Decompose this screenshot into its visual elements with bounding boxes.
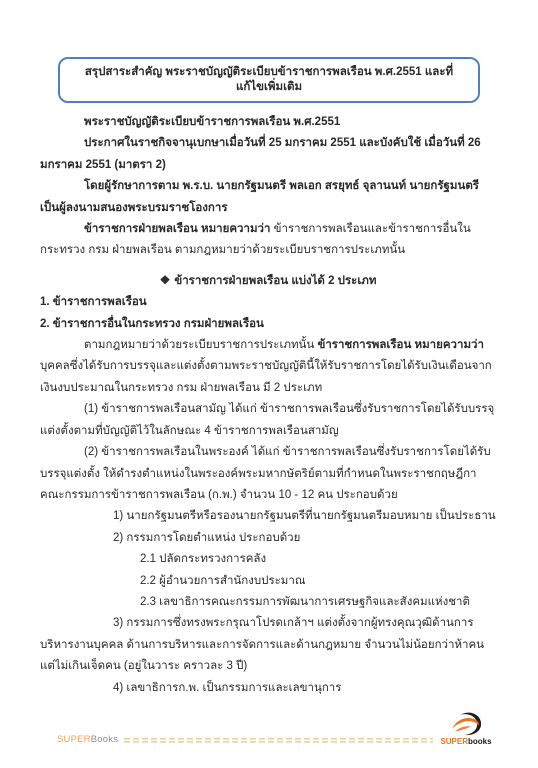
page-title: สรุปสาระสำคัญ พระราชบัญญัติระเบียบข้าราช… <box>80 65 458 95</box>
title-box: สรุปสาระสำคัญ พระราชบัญญัติระเบียบข้าราช… <box>58 57 480 103</box>
swoosh-logo-icon <box>450 711 482 736</box>
list-item-budget-director: 2.2 ผู้อำนวยการสำนักงบประมาณ <box>140 571 496 592</box>
list-item-nesdb-secretary: 2.3 เลขาธิการคณะกรรมการพัฒนาการเศรษฐกิจแ… <box>140 592 496 613</box>
footer-logo-text: SUPERbooks <box>440 737 491 746</box>
paragraph-definition-civil-servant: ตามกฎหมายว่าด้วยระเบียบราชการประเภทนั้น … <box>40 335 496 399</box>
footer-brand-left: SUPERBooks <box>57 734 118 746</box>
list-item-type-2: 2. ข้าราชการอื่นในกระทรวง กรมฝ่ายพลเรือน <box>40 314 496 335</box>
definition-lead: ตามกฎหมายว่าด้วยระเบียบราชการประเภทนั้น <box>84 339 317 351</box>
diamond-bullet-icon: ❖ <box>160 273 171 287</box>
definition-text: บุคคลซึ่งได้รับการบรรจุและแต่งตั้งตามพระ… <box>40 360 492 393</box>
page-footer: SUPERBooks SUPERbooks <box>57 711 494 746</box>
footer-brand-left-books: Books <box>91 734 118 745</box>
paragraph-signatory: โดยผู้รักษาการตาม พ.ร.บ. นายกรัฐมนตรี พล… <box>40 176 496 219</box>
footer-logo-super: SUPER <box>440 737 468 746</box>
list-item-appointed-members: 3) กรรมการซึ่งทรงพระกรุณาโปรดเกล้าฯ แต่ง… <box>40 613 496 677</box>
paragraph-act-name: พระราชบัญญัติระเบียบข้าราชการพลเรือน พ.ศ… <box>40 112 496 133</box>
paragraph-definition-civil-branch: ข้าราชการฝ่ายพลเรือน หมายความว่า ข้าราชก… <box>40 219 496 262</box>
document-body: พระราชบัญญัติระเบียบข้าราชการพลเรือน พ.ศ… <box>40 112 496 699</box>
section-heading-text: ข้าราชการฝ่ายพลเรือน แบ่งได้ 2 ประเภท <box>174 275 376 287</box>
definition-term: ข้าราชการฝ่ายพลเรือน หมายความว่า <box>84 223 270 235</box>
footer-brand-left-super: SUPER <box>57 734 91 745</box>
footer-divider <box>124 738 433 743</box>
paragraph-category-1: (1) ข้าราชการพลเรือนสามัญ ได้แก่ ข้าราชก… <box>40 399 496 442</box>
list-item-chairman: 1) นายกรัฐมนตรีหรือรองนายกรัฐมนตรีที่นาย… <box>113 506 496 527</box>
footer-logo: SUPERbooks <box>438 711 494 746</box>
list-item-permanent-secretary: 2.1 ปลัดกระทรวงการคลัง <box>140 549 496 570</box>
paragraph-category-2: (2) ข้าราชการพลเรือนในพระองค์ ได้แก่ ข้า… <box>40 442 496 506</box>
document-page: สรุปสาระสำคัญ พระราชบัญญัติระเบียบข้าราช… <box>0 0 538 768</box>
list-item-type-1: 1. ข้าราชการพลเรือน <box>40 292 496 313</box>
paragraph-publication-date: ประกาศในราชกิจจานุเบกษาเมื่อวันที่ 25 มก… <box>40 133 496 176</box>
footer-logo-books: books <box>468 737 492 746</box>
list-item-ex-officio: 2) กรรมการโดยตำแหน่ง ประกอบด้วย <box>113 528 496 549</box>
definition-term: ข้าราชการพลเรือน หมายความว่า <box>317 339 484 351</box>
list-item-ocsc-secretary: 4) เลขาธิการก.พ. เป็นกรรมการและเลขานุการ <box>113 678 496 699</box>
section-heading: ❖ข้าราชการฝ่ายพลเรือน แบ่งได้ 2 ประเภท <box>40 270 496 292</box>
